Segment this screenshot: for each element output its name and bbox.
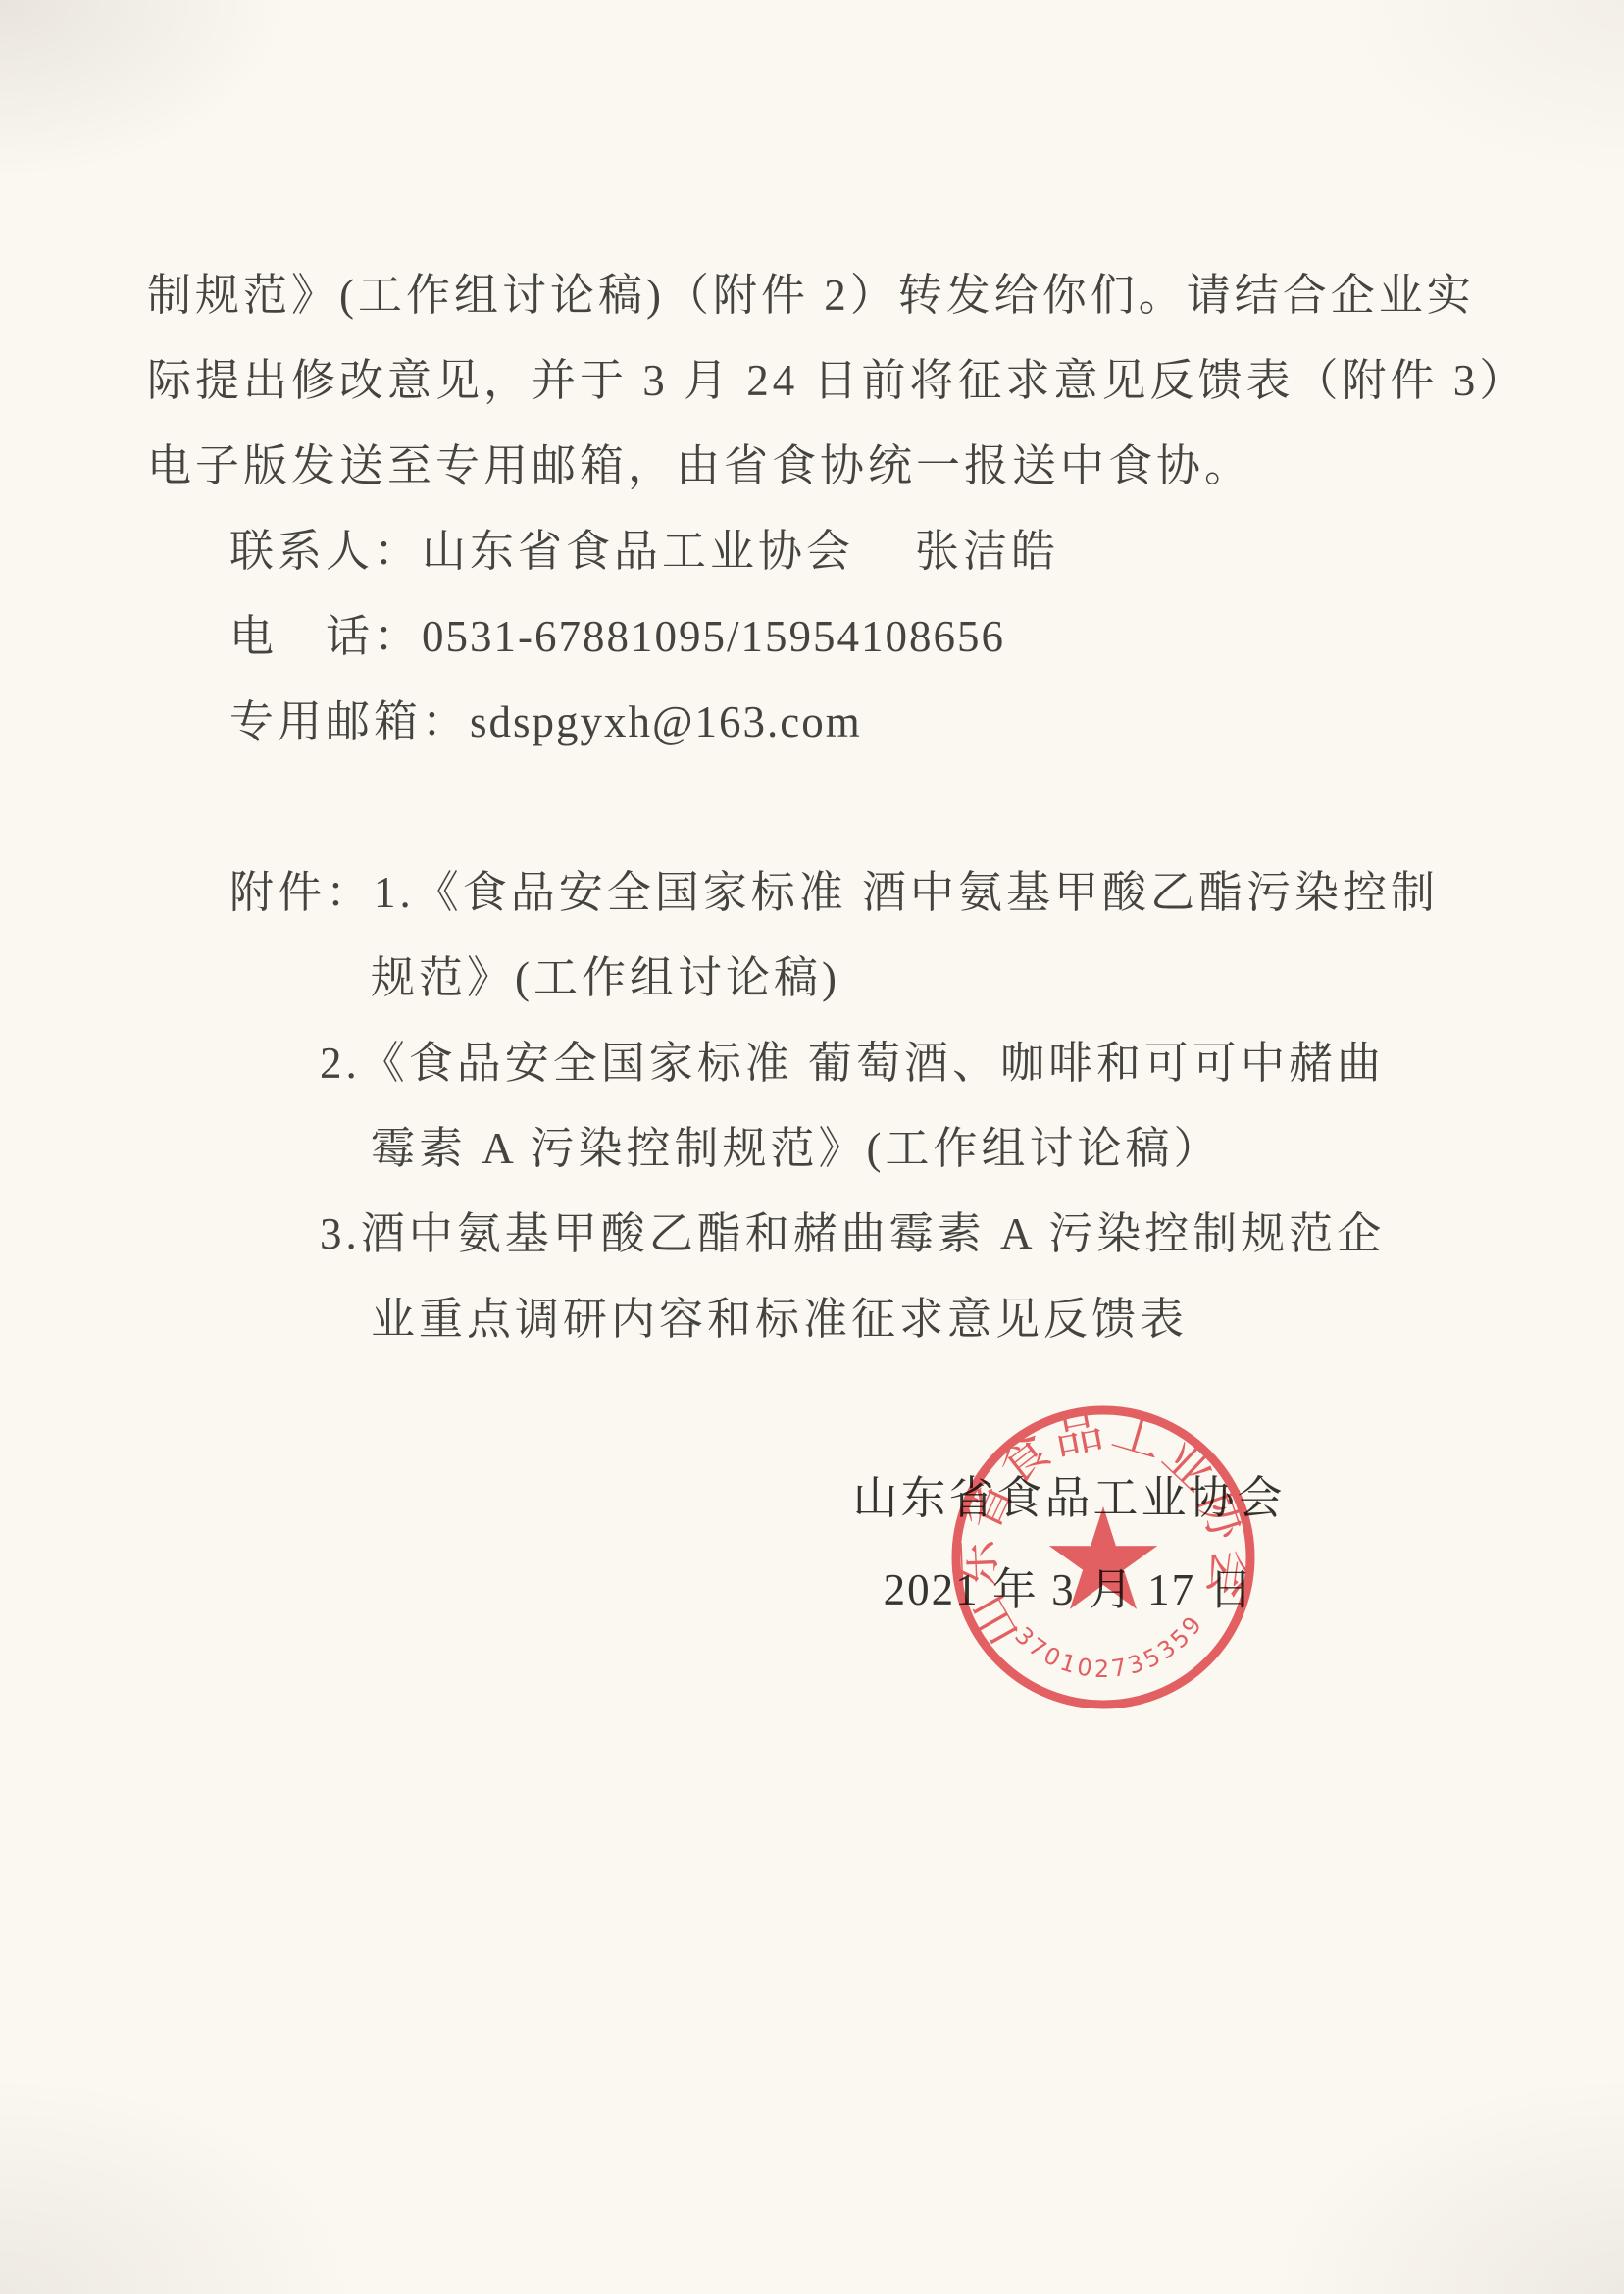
- signature-organization: 山东省食品工业协会: [804, 1469, 1334, 1528]
- paragraph-line: 际提出修改意见，并于 3 月 24 日前将征求意见反馈表（附件 3）: [147, 338, 1442, 424]
- contact-phone-value: 0531-67881095/15954108656: [422, 612, 1005, 661]
- blank-line: [147, 765, 1442, 850]
- letter-body: 制规范》(工作组讨论稿)（附件 2）转发给你们。请结合企业实 际提出修改意见，并…: [147, 253, 1442, 1362]
- signature-block: 山东省食品工业协会 2021 年 3 月 17 日: [804, 1469, 1334, 1619]
- contact-person-org: 山东省食品工业协会: [422, 527, 854, 576]
- contact-email-label: 专用邮箱：: [229, 680, 470, 765]
- contact-phone-label: 电 话：: [229, 594, 422, 680]
- signature-date: 2021 年 3 月 17 日: [804, 1560, 1334, 1619]
- contact-person-name: 张洁皓: [915, 527, 1059, 576]
- contact-email-row: 专用邮箱：sdspgyxh@163.com: [147, 680, 1442, 765]
- attachment-item-1-line-1: 附件：1.《食品安全国家标准 酒中氨基甲酸乙酯污染控制: [147, 850, 1442, 936]
- attachment-3-number: 3.: [320, 1209, 361, 1258]
- contact-person-label: 联系人：: [229, 509, 422, 594]
- attachment-item-2-line-2: 霉素 A 污染控制规范》(工作组讨论稿）: [147, 1106, 1442, 1192]
- attachment-2-title: 《食品安全国家标准 葡萄酒、咖啡和可可中赭曲: [361, 1039, 1385, 1088]
- contact-person-row: 联系人：山东省食品工业协会张洁皓: [147, 509, 1442, 594]
- attachment-2-number: 2.: [320, 1039, 361, 1088]
- paragraph-line: 制规范》(工作组讨论稿)（附件 2）转发给你们。请结合企业实: [147, 253, 1442, 338]
- contact-email-value: sdspgyxh@163.com: [470, 697, 862, 746]
- contact-phone-row: 电 话：0531-67881095/15954108656: [147, 594, 1442, 680]
- document-page: 制规范》(工作组讨论稿)（附件 2）转发给你们。请结合企业实 际提出修改意见，并…: [0, 0, 1624, 2294]
- attachment-1-number: 1.: [374, 868, 415, 917]
- attachment-item-3-line-2: 业重点调研内容和标准征求意见反馈表: [147, 1277, 1442, 1362]
- attachment-item-3-line-1: 3.酒中氨基甲酸乙酯和赭曲霉素 A 污染控制规范企: [147, 1192, 1442, 1277]
- attachment-item-2-line-1: 2.《食品安全国家标准 葡萄酒、咖啡和可可中赭曲: [147, 1021, 1442, 1106]
- paragraph-line: 电子版发送至专用邮箱，由省食协统一报送中食协。: [147, 424, 1442, 509]
- attachment-1-title: 《食品安全国家标准 酒中氨基甲酸乙酯污染控制: [415, 868, 1439, 917]
- attachment-3-title: 酒中氨基甲酸乙酯和赭曲霉素 A 污染控制规范企: [361, 1209, 1386, 1258]
- attachments-label: 附件：: [229, 868, 374, 917]
- attachment-item-1-line-2: 规范》(工作组讨论稿): [147, 936, 1442, 1021]
